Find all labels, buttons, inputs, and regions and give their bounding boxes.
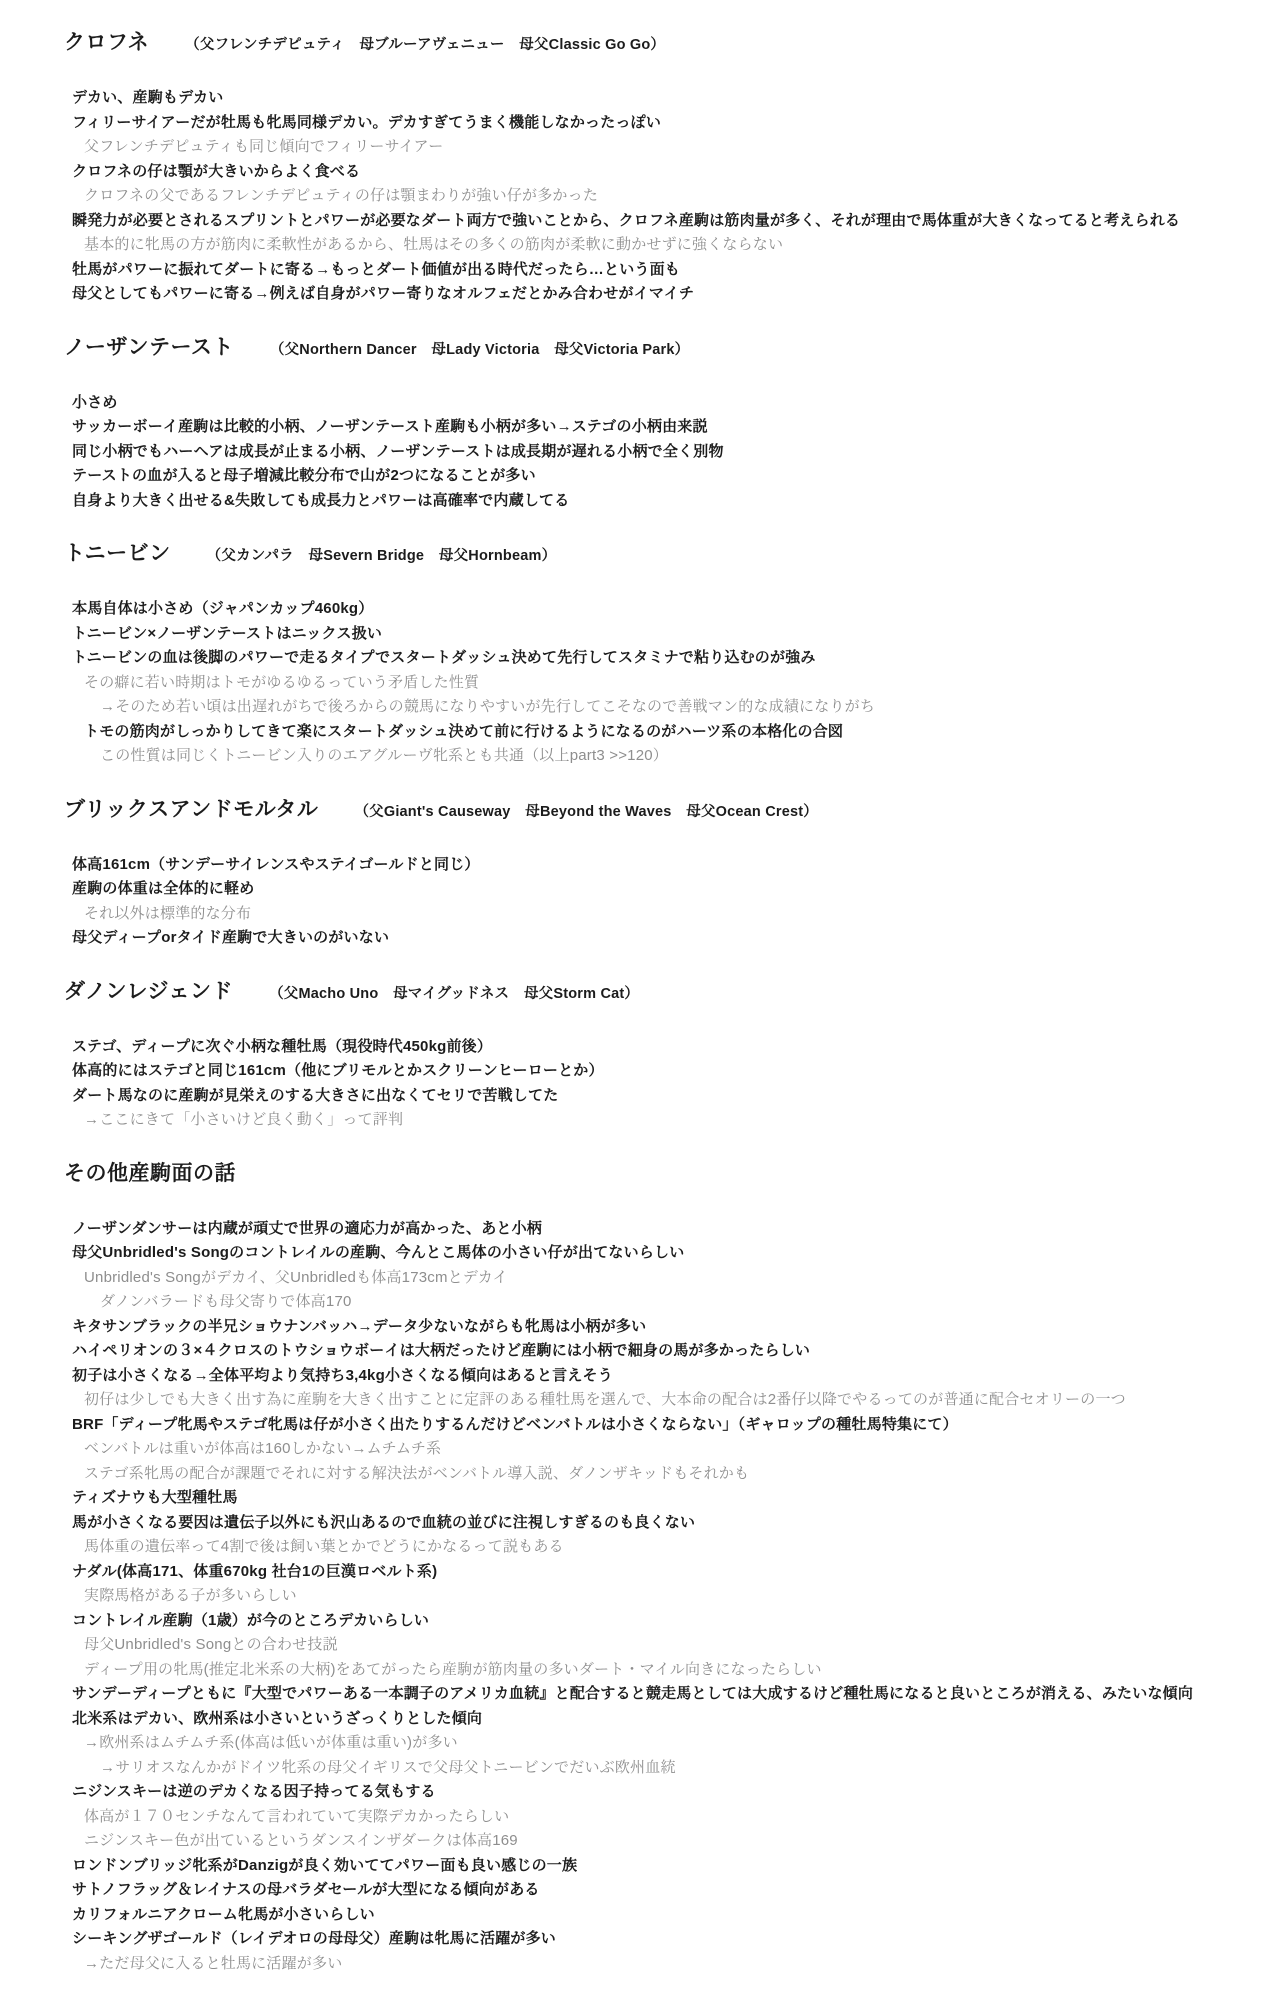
note-line: ステゴ系牝馬の配合が課題でそれに対する解決法がベンバトル導入説、ダノンザキッドも… <box>84 1462 1266 1487</box>
sire-section: ブリックスアンドモルタル（父Giant's Causeway 母Beyond t… <box>64 797 1266 951</box>
note-line: →ただ母父に入ると牡馬に活躍が多い <box>84 1952 1266 1977</box>
note-line: ロンドンブリッジ牝系がDanzigが良く効いててパワー面も良い感じの一族 <box>72 1854 1266 1879</box>
section-header: クロフネ（父フレンチデピュティ 母ブルーアヴェニュー 母父Classic Go … <box>64 30 1266 56</box>
note-line: 同じ小柄でもハーヘアは成長が止まる小柄、ノーザンテーストは成長期が遅れる小柄で全… <box>72 440 1266 465</box>
note-line: ダート馬なのに産駒が見栄えのする大きさに出なくてセリで苦戦してた <box>72 1084 1266 1109</box>
note-line: ハイペリオンの３×４クロスのトウショウボーイは大柄だったけど産駒には小柄で細身の… <box>72 1339 1266 1364</box>
note-line: 母父Unbridled's Songとの合わせ技説 <box>84 1633 1266 1658</box>
note-line: トニービン×ノーザンテーストはニックス扱い <box>72 622 1266 647</box>
note-line: →ここにきて「小さいけど良く動く」って評判 <box>84 1108 1266 1133</box>
section-title: その他産駒面の話 <box>64 1161 236 1187</box>
section-body: デカい、産駒もデカいフィリーサイアーだが牡馬も牝馬同様デカい。デカすぎてうまく機… <box>64 86 1266 307</box>
note-line: BRF「ディープ牝馬やステゴ牝馬は仔が小さく出たりするんだけどベンバトルは小さく… <box>72 1413 1266 1438</box>
note-line: クロフネの父であるフレンチデピュティの仔は顎まわりが強い仔が多かった <box>84 184 1266 209</box>
section-title: ブリックスアンドモルタル <box>64 797 318 823</box>
note-line: ノーザンダンサーは内蔵が頑丈で世界の適応力が高かった、あと小柄 <box>72 1217 1266 1242</box>
note-line: コントレイル産駒（1歳）が今のところデカいらしい <box>72 1609 1266 1634</box>
note-line: テーストの血が入ると母子増減比較分布で山が2つになることが多い <box>72 464 1266 489</box>
note-line: サンデーディープともに『大型でパワーある一本調子のアメリカ血統』と配合すると競走… <box>72 1682 1266 1707</box>
sire-section: その他産駒面の話ノーザンダンサーは内蔵が頑丈で世界の適応力が高かった、あと小柄母… <box>64 1161 1266 1977</box>
section-body: 体高161cm（サンデーサイレンスやステイゴールドと同じ）産駒の体重は全体的に軽… <box>64 853 1266 951</box>
note-line: →欧州系はムチムチ系(体高は低いが体重は重い)が多い <box>84 1731 1266 1756</box>
note-line: キタサンブラックの半兄ショウナンバッハ→データ少ないながらも牝馬は小柄が多い <box>72 1315 1266 1340</box>
note-line: 瞬発力が必要とされるスプリントとパワーが必要なダート両方で強いことから、クロフネ… <box>72 209 1266 234</box>
note-line: 馬が小さくなる要因は遺伝子以外にも沢山あるので血統の並びに注視しすぎるのも良くな… <box>72 1511 1266 1536</box>
note-line: 北米系はデカい、欧州系は小さいというざっくりとした傾向 <box>72 1707 1266 1732</box>
note-line: 基本的に牝馬の方が筋肉に柔軟性があるから、牡馬はその多くの筋肉が柔軟に動かせずに… <box>84 233 1266 258</box>
note-line: 自身より大きく出せる&失敗しても成長力とパワーは高確率で内蔵してる <box>72 489 1266 514</box>
note-line: トニービンの血は後脚のパワーで走るタイプでスタートダッシュ決めて先行してスタミナ… <box>72 646 1266 671</box>
note-line: カリフォルニアクローム牝馬が小さいらしい <box>72 1903 1266 1928</box>
sire-section: ダノンレジェンド（父Macho Uno 母マイグッドネス 母父Storm Cat… <box>64 979 1266 1133</box>
section-title: ノーザンテースト <box>64 335 234 361</box>
section-pedigree: （父カンパラ 母Severn Bridge 母父Hornbeam） <box>207 544 557 565</box>
note-line: 産駒の体重は全体的に軽め <box>72 877 1266 902</box>
note-line: 母父ディープorタイド産駒で大きいのがいない <box>72 926 1266 951</box>
note-line: デカい、産駒もデカい <box>72 86 1266 111</box>
note-line: 初子は小さくなる→全体平均より気持ち3,4kg小さくなる傾向はあると言えそう <box>72 1364 1266 1389</box>
note-line: ステゴ、ディープに次ぐ小柄な種牡馬（現役時代450kg前後） <box>72 1035 1266 1060</box>
section-body: ステゴ、ディープに次ぐ小柄な種牡馬（現役時代450kg前後）体高的にはステゴと同… <box>64 1035 1266 1133</box>
section-header: その他産駒面の話 <box>64 1161 1266 1187</box>
note-line: 体高161cm（サンデーサイレンスやステイゴールドと同じ） <box>72 853 1266 878</box>
note-line: 母父Unbridled's Songのコントレイルの産駒、今んとこ馬体の小さい仔… <box>72 1241 1266 1266</box>
section-pedigree: （父Macho Uno 母マイグッドネス 母父Storm Cat） <box>269 982 639 1003</box>
section-pedigree: （父フレンチデピュティ 母ブルーアヴェニュー 母父Classic Go Go） <box>185 33 665 54</box>
sire-section: クロフネ（父フレンチデピュティ 母ブルーアヴェニュー 母父Classic Go … <box>64 30 1266 307</box>
note-line: →そのため若い頃は出遅れがちで後ろからの競馬になりやすいが先行してこそなので善戦… <box>100 695 1266 720</box>
section-body: ノーザンダンサーは内蔵が頑丈で世界の適応力が高かった、あと小柄母父Unbridl… <box>64 1217 1266 1977</box>
section-title: ダノンレジェンド <box>64 979 233 1005</box>
section-header: ダノンレジェンド（父Macho Uno 母マイグッドネス 母父Storm Cat… <box>64 979 1266 1005</box>
section-pedigree: （父Northern Dancer 母Lady Victoria 母父Victo… <box>270 338 689 359</box>
sire-section: トニービン（父カンパラ 母Severn Bridge 母父Hornbeam）本馬… <box>64 541 1266 769</box>
note-line: サッカーボーイ産駒は比較的小柄、ノーザンテースト産駒も小柄が多い→ステゴの小柄由… <box>72 415 1266 440</box>
note-line: フィリーサイアーだが牡馬も牝馬同様デカい。デカすぎてうまく機能しなかったっぽい <box>72 111 1266 136</box>
note-line: トモの筋肉がしっかりしてきて楽にスタートダッシュ決めて前に行けるようになるのがハ… <box>84 720 1266 745</box>
note-line: この性質は同じくトニービン入りのエアグルーヴ牝系とも共通（以上part3 >>1… <box>100 744 1266 769</box>
section-title: クロフネ <box>64 30 149 56</box>
note-line: 実際馬格がある子が多いらしい <box>84 1584 1266 1609</box>
section-header: ノーザンテースト（父Northern Dancer 母Lady Victoria… <box>64 335 1266 361</box>
document: クロフネ（父フレンチデピュティ 母ブルーアヴェニュー 母父Classic Go … <box>0 0 1274 1990</box>
note-line: ニジンスキーは逆のデカくなる因子持ってる気もする <box>72 1780 1266 1805</box>
note-line: 初仔は少しでも大きく出す為に産駒を大きく出すことに定評のある種牡馬を選んで、大本… <box>84 1388 1266 1413</box>
note-line: 父フレンチデピュティも同じ傾向でフィリーサイアー <box>84 135 1266 160</box>
note-line: クロフネの仔は顎が大きいからよく食べる <box>72 160 1266 185</box>
note-line: ダノンバラードも母父寄りで体高170 <box>100 1290 1266 1315</box>
note-line: Unbridled's Songがデカイ、父Unbridledも体高173cmと… <box>84 1266 1266 1291</box>
note-line: 牡馬がパワーに振れてダートに寄る→もっとダート価値が出る時代だったら…という面も <box>72 258 1266 283</box>
note-line: サトノフラッグ＆レイナスの母バラダセールが大型になる傾向がある <box>72 1878 1266 1903</box>
section-header: ブリックスアンドモルタル（父Giant's Causeway 母Beyond t… <box>64 797 1266 823</box>
note-line: 体高的にはステゴと同じ161cm（他にブリモルとかスクリーンヒーローとか） <box>72 1059 1266 1084</box>
section-title: トニービン <box>64 541 171 567</box>
note-line: シーキングザゴールド（レイデオロの母母父）産駒は牝馬に活躍が多い <box>72 1927 1266 1952</box>
note-line: それ以外は標準的な分布 <box>84 902 1266 927</box>
note-line: 母父としてもパワーに寄る→例えば自身がパワー寄りなオルフェだとかみ合わせがイマイ… <box>72 282 1266 307</box>
note-line: ディープ用の牝馬(推定北米系の大柄)をあてがったら産駒が筋肉量の多いダート・マイ… <box>84 1658 1266 1683</box>
note-line: 体高が１７０センチなんて言われていて実際デカかったらしい <box>84 1805 1266 1830</box>
section-body: 本馬自体は小さめ（ジャパンカップ460kg）トニービン×ノーザンテーストはニック… <box>64 597 1266 769</box>
note-line: ナダル(体高171、体重670kg 社台1の巨漢ロベルト系) <box>72 1560 1266 1585</box>
note-line: ニジンスキー色が出ているというダンスインザダークは体高169 <box>84 1829 1266 1854</box>
note-line: →サリオスなんかがドイツ牝系の母父イギリスで父母父トニービンでだいぶ欧州血統 <box>100 1756 1266 1781</box>
note-line: 本馬自体は小さめ（ジャパンカップ460kg） <box>72 597 1266 622</box>
section-header: トニービン（父カンパラ 母Severn Bridge 母父Hornbeam） <box>64 541 1266 567</box>
sire-section: ノーザンテースト（父Northern Dancer 母Lady Victoria… <box>64 335 1266 514</box>
note-line: 小さめ <box>72 391 1266 416</box>
note-line: ベンバトルは重いが体高は160しかない→ムチムチ系 <box>84 1437 1266 1462</box>
note-line: その癖に若い時期はトモがゆるゆるっていう矛盾した性質 <box>84 671 1266 696</box>
section-pedigree: （父Giant's Causeway 母Beyond the Waves 母父O… <box>354 800 818 821</box>
note-line: 馬体重の遺伝率って4割で後は飼い葉とかでどうにかなるって説もある <box>84 1535 1266 1560</box>
section-body: 小さめサッカーボーイ産駒は比較的小柄、ノーザンテースト産駒も小柄が多い→ステゴの… <box>64 391 1266 514</box>
note-line: ティズナウも大型種牡馬 <box>72 1486 1266 1511</box>
